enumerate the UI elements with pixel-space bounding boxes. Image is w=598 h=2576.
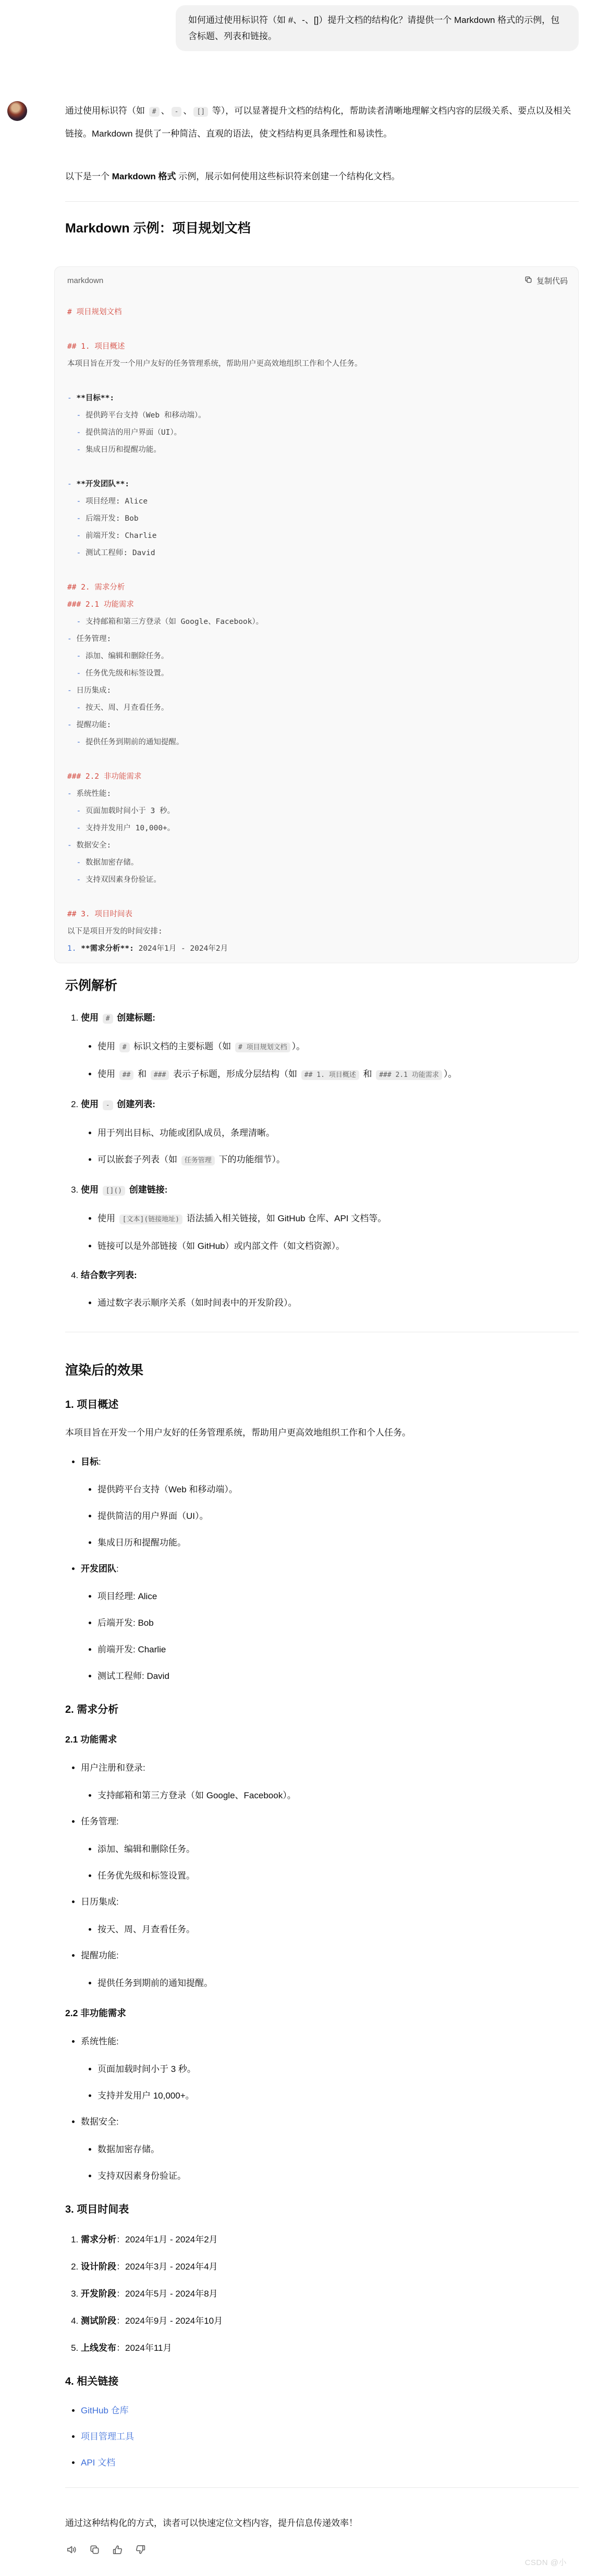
list-item: 支持并发用户 10,000+。 [97,2088,579,2104]
thumbs-down-icon [135,2549,147,2557]
example-heading: Markdown 示例：项目规划文档 [65,219,579,237]
nested-list: 使用 [文本](链接地址) 语法插入相关链接，如 GitHub 仓库、API 文… [81,1210,579,1254]
nested-list: 支持邮箱和第三方登录（如 Google、Facebook）。 [81,1787,579,1804]
code-line: - 系统性能: [67,786,566,803]
inline-code: ## [119,1070,134,1080]
code-line: - 数据安全: [67,837,566,854]
nested-list: 提供任务到期前的通知提醒。 [81,1975,579,1991]
parse-heading: 示例解析 [65,977,579,995]
list-item: 使用 # 标识文档的主要标题（如 # 项目规划文档）。 [97,1038,579,1056]
code-line [67,751,566,768]
read-aloud-button[interactable] [65,2544,78,2556]
list-item: 开发阶段：2024年5月 - 2024年8月 [81,2286,579,2302]
section-2-1-title: 2.1 功能需求 [65,1732,579,1747]
inline-code: # 项目规划文档 [235,1042,290,1052]
code-block: markdown 复制代码 # 项目规划文档 ## 1. 项目概述本项目旨在开发… [54,266,579,963]
list-item: 提供跨平台支持（Web 和移动端）。 [97,1481,579,1498]
list-item: 任务优先级和标签设置。 [97,1868,579,1884]
list-item: 可以嵌套子列表（如 任务管理 下的功能细节）。 [97,1151,579,1169]
list-item: 使用 ## 和 ### 表示子标题，形成分层结构（如 ## 1. 项目概述 和 … [97,1066,579,1083]
section-2-title: 2. 需求分析 [65,1702,579,1718]
list-item: 设计阶段：2024年3月 - 2024年4月 [81,2259,579,2275]
message-actions [65,2544,579,2556]
code-line: - 后端开发: Bob [67,510,566,528]
list-item: 页面加载时间小于 3 秒。 [97,2061,579,2077]
list-item: 后端开发: Bob [97,1615,579,1631]
list-item: 日历集成:按天、周、月查看任务。 [81,1894,579,1937]
link[interactable]: API 文档 [81,2458,115,2468]
speaker-icon [66,2549,78,2557]
link[interactable]: GitHub 仓库 [81,2406,129,2415]
code-line: - 支持双因素身份验证。 [67,872,566,889]
list-item: 提醒功能:提供任务到期前的通知提醒。 [81,1948,579,1991]
code-line [67,562,566,579]
copy-icon [89,2549,101,2557]
list-item: 上线发布：2024年11月 [81,2340,579,2356]
list-item: 使用 - 创建列表:用于列出目标、功能或团队成员，条理清晰。可以嵌套子列表（如 … [81,1097,579,1169]
intro-paragraph-2: 以下是一个 Markdown 格式 示例，展示如何使用这些标识符来创建一个结构化… [65,166,579,188]
nested-list: 提供跨平台支持（Web 和移动端）。提供简洁的用户界面（UI）。集成日历和提醒功… [81,1481,579,1551]
code-line: ## 2. 需求分析 [67,579,566,596]
code-line: - 提供任务到期前的通知提醒。 [67,734,566,751]
divider [65,1332,579,1332]
section-1-list: 目标:提供跨平台支持（Web 和移动端）。提供简洁的用户界面（UI）。集成日历和… [65,1454,579,1684]
assistant-message: 通过使用标识符（如 #、-、[] 等），可以显著提升文档的结构化，帮助读者清晰地… [0,100,598,2471]
code-line: - 按天、周、月查看任务。 [67,700,566,717]
message-footer: 通过这种结构化的方式，读者可以快速定位文档内容，提升信息传递效率！ [0,2487,598,2556]
list-item: API 文档 [81,2455,579,2471]
code-line: ## 1. 项目概述 [67,338,566,355]
nested-list: 用于列出目标、功能或团队成员，条理清晰。可以嵌套子列表（如 任务管理 下的功能细… [81,1125,579,1169]
inline-code: []() [103,1186,125,1196]
code-line: - 提醒功能: [67,717,566,734]
code-line [67,459,566,476]
divider [65,201,579,202]
section-1-intro: 本项目旨在开发一个用户友好的任务管理系统，帮助用户更高效地组织工作和个人任务。 [65,1425,579,1441]
nested-list: 按天、周、月查看任务。 [81,1921,579,1937]
list-item: 数据安全:数据加密存储。支持双因素身份验证。 [81,2114,579,2184]
code-line: - 项目经理: Alice [67,493,566,510]
list-item: 目标:提供跨平台支持（Web 和移动端）。提供简洁的用户界面（UI）。集成日历和… [81,1454,579,1551]
list-item: 提供简洁的用户界面（UI）。 [97,1508,579,1524]
inline-code: - [172,107,182,117]
copy-code-button[interactable]: 复制代码 [524,275,568,286]
inline-code: # [149,107,160,117]
list-item: 前端开发: Charlie [97,1641,579,1658]
inline-code: ## 1. 项目概述 [301,1070,359,1080]
divider [65,2487,579,2488]
nested-list: 通过数字表示顺序关系（如时间表中的开发阶段）。 [81,1295,579,1311]
inline-code: ### [151,1070,169,1080]
copy-icon [524,275,533,286]
code-line: - 任务优先级和标签设置。 [67,665,566,682]
inline-code: # [103,1014,113,1024]
code-line: - 数据加密存储。 [67,854,566,872]
list-item: 系统性能:页面加载时间小于 3 秒。支持并发用户 10,000+。 [81,2034,579,2104]
inline-code: ### 2.1 功能需求 [376,1070,442,1080]
list-item: 提供任务到期前的通知提醒。 [97,1975,579,1991]
copy-code-label: 复制代码 [536,275,568,286]
list-item: 使用 # 创建标题:使用 # 标识文档的主要标题（如 # 项目规划文档）。使用 … [81,1010,579,1083]
list-item: 任务管理:添加、编辑和删除任务。任务优先级和标签设置。 [81,1814,579,1884]
inline-code: # [119,1042,130,1052]
chat-page: 如何通过使用标识符（如 #、-、[]）提升文档的结构化？请提供一个 Markdo… [0,0,598,2576]
list-item: 项目经理: Alice [97,1588,579,1604]
code-line: - 支持并发用户 10,000+。 [67,820,566,837]
code-line: - 日历集成: [67,682,566,700]
list-item: 测试工程师: David [97,1668,579,1684]
code-line: - 支持邮箱和第三方登录（如 Google、Facebook）。 [67,614,566,631]
code-body: # 项目规划文档 ## 1. 项目概述本项目旨在开发一个用户友好的任务管理系统，… [55,286,578,963]
list-item: 按天、周、月查看任务。 [97,1921,579,1937]
list-item: 数据加密存储。 [97,2141,579,2157]
section-2-1-list: 用户注册和登录:支持邮箱和第三方登录（如 Google、Facebook）。任务… [65,1760,579,1991]
assistant-content: 通过使用标识符（如 #、-、[] 等），可以显著提升文档的结构化，帮助读者清晰地… [65,100,579,2471]
closing-paragraph: 通过这种结构化的方式，读者可以快速定位文档内容，提升信息传递效率！ [65,2515,579,2531]
code-line: - **开发团队**: [67,476,566,493]
code-block-header: markdown 复制代码 [55,267,578,286]
list-item: 添加、编辑和删除任务。 [97,1841,579,1857]
user-message-row: 如何通过使用标识符（如 #、-、[]）提升文档的结构化？请提供一个 Markdo… [0,0,598,51]
list-item: 测试阶段：2024年9月 - 2024年10月 [81,2313,579,2329]
parse-list: 使用 # 创建标题:使用 # 标识文档的主要标题（如 # 项目规划文档）。使用 … [65,1010,579,1311]
assistant-avatar [7,101,27,121]
inline-code: [文本](链接地址) [119,1215,182,1224]
intro-paragraph-1: 通过使用标识符（如 #、-、[] 等），可以显著提升文档的结构化，帮助读者清晰地… [65,100,579,145]
list-item: 支持邮箱和第三方登录（如 Google、Facebook）。 [97,1787,579,1804]
code-line [67,373,566,390]
nested-list: 使用 # 标识文档的主要标题（如 # 项目规划文档）。使用 ## 和 ### 表… [81,1038,579,1083]
code-line: 1. **需求分析**: 2024年1月 - 2024年2月 [67,940,566,958]
inline-code: - [103,1100,113,1110]
list-item: 通过数字表示顺序关系（如时间表中的开发阶段）。 [97,1295,579,1311]
list-item: 支持双因素身份验证。 [97,2168,579,2184]
list-item: 开发团队:项目经理: Alice后端开发: Bob前端开发: Charlie测试… [81,1561,579,1684]
code-line: # 项目规划文档 [67,304,566,321]
list-item: 集成日历和提醒功能。 [97,1535,579,1551]
list-item: 使用 [文本](链接地址) 语法插入相关链接，如 GitHub 仓库、API 文… [97,1210,579,1228]
code-line: 以下是项目开发的时间安排: [67,923,566,940]
code-line: - 页面加载时间小于 3 秒。 [67,803,566,820]
code-line [67,889,566,906]
inline-code: 任务管理 [181,1156,215,1166]
code-line: - 测试工程师: David [67,545,566,562]
list-item: 需求分析：2024年1月 - 2024年2月 [81,2232,579,2248]
section-2-2-title: 2.2 非功能需求 [65,2006,579,2020]
code-line: - **目标**: [67,390,566,407]
code-line: 本项目旨在开发一个用户友好的任务管理系统，帮助用户更高效地组织工作和个人任务。 [67,355,566,373]
code-language-label: markdown [67,276,103,285]
csdn-watermark: CSDN @小 [525,2557,567,2568]
list-item: 使用 []() 创建链接:使用 [文本](链接地址) 语法插入相关链接，如 Gi… [81,1182,579,1254]
copy-message-button[interactable] [88,2544,101,2556]
link[interactable]: 项目管理工具 [81,2432,134,2442]
code-line [67,321,566,338]
list-item: 用户注册和登录:支持邮箱和第三方登录（如 Google、Facebook）。 [81,1760,579,1804]
thumbs-up-icon [112,2549,124,2557]
section-3-title: 3. 项目时间表 [65,2202,579,2217]
nested-list: 项目经理: Alice后端开发: Bob前端开发: Charlie测试工程师: … [81,1588,579,1684]
section-1-title: 1. 项目概述 [65,1397,579,1413]
effect-heading: 渲染后的效果 [65,1361,579,1379]
inline-code: [] [193,107,208,117]
list-item: GitHub 仓库 [81,2403,579,2419]
timeline-list: 需求分析：2024年1月 - 2024年2月设计阶段：2024年3月 - 202… [65,2232,579,2356]
user-message-bubble: 如何通过使用标识符（如 #、-、[]）提升文档的结构化？请提供一个 Markdo… [176,5,579,51]
thumbs-down-button[interactable] [134,2544,147,2556]
list-item: 用于列出目标、功能或团队成员，条理清晰。 [97,1125,579,1141]
list-item: 结合数字列表:通过数字表示顺序关系（如时间表中的开发阶段）。 [81,1268,579,1311]
section-4-title: 4. 相关链接 [65,2374,579,2389]
nested-list: 添加、编辑和删除任务。任务优先级和标签设置。 [81,1841,579,1884]
thumbs-up-button[interactable] [111,2544,124,2556]
nested-list: 页面加载时间小于 3 秒。支持并发用户 10,000+。 [81,2061,579,2104]
section-2-2-list: 系统性能:页面加载时间小于 3 秒。支持并发用户 10,000+。数据安全:数据… [65,2034,579,2184]
code-line: - 任务管理: [67,631,566,648]
code-line: - 集成日历和提醒功能。 [67,441,566,459]
code-line: - 提供简洁的用户界面（UI）。 [67,424,566,441]
list-item: 项目管理工具 [81,2429,579,2445]
nested-list: 数据加密存储。支持双因素身份验证。 [81,2141,579,2184]
code-line: - 前端开发: Charlie [67,528,566,545]
code-line: ### 2.1 功能需求 [67,596,566,614]
links-list: GitHub 仓库项目管理工具API 文档 [65,2403,579,2471]
code-line: ### 2.2 非功能需求 [67,768,566,786]
code-line: - 提供跨平台支持（Web 和移动端）。 [67,407,566,424]
list-item: 链接可以是外部链接（如 GitHub）或内部文件（如文档资源）。 [97,1238,579,1254]
code-line: ## 3. 项目时间表 [67,906,566,923]
code-line: - 添加、编辑和删除任务。 [67,648,566,665]
